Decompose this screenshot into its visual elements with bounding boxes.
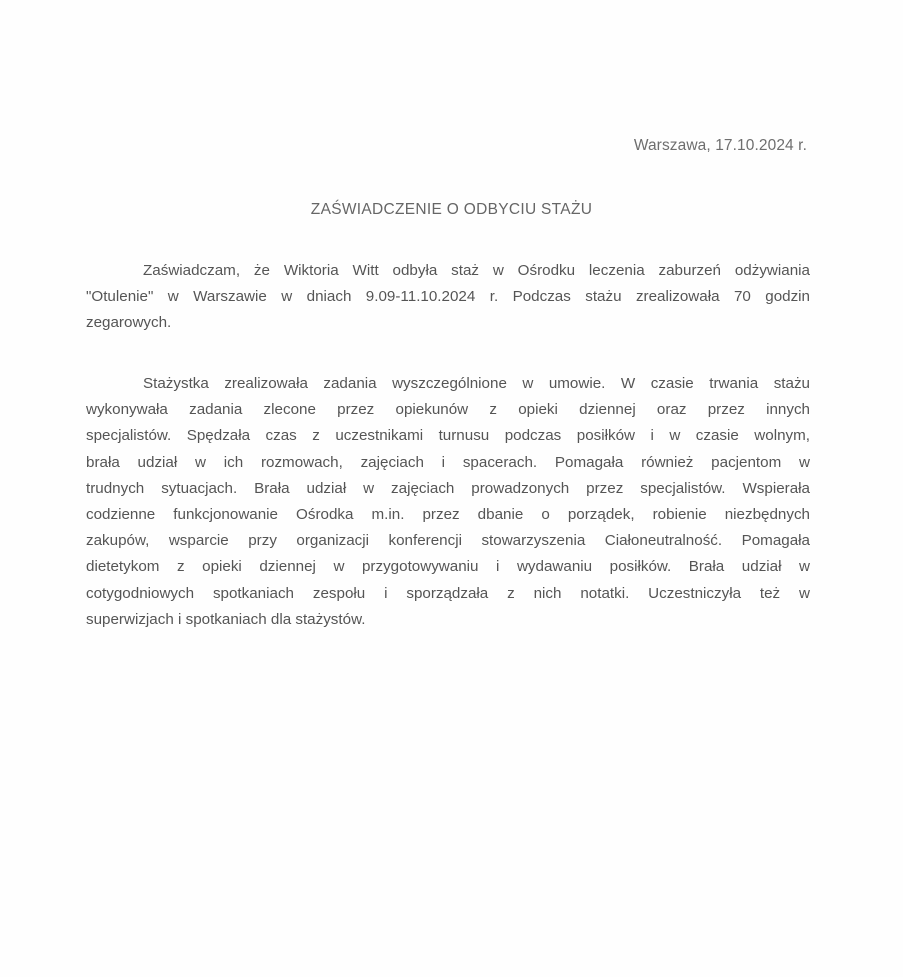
- paragraph-line: "Otulenie" w Warszawie w dniach 9.09-11.…: [86, 284, 810, 310]
- paragraph-line: specjalistów. Spędzała czas z uczestnika…: [86, 423, 810, 449]
- paragraph-line: superwizjach i spotkaniach dla stażystów…: [86, 607, 810, 633]
- paragraph-line: zakupów, wsparcie przy organizacji konfe…: [86, 528, 810, 554]
- paragraph-line: Zaświadczam, że Wiktoria Witt odbyła sta…: [86, 258, 810, 284]
- paragraph-confirmation: Zaświadczam, że Wiktoria Witt odbyła sta…: [86, 258, 810, 337]
- document-page: Warszawa, 17.10.2024 r. ZAŚWIADCZENIE O …: [0, 0, 903, 977]
- document-title: ZAŚWIADCZENIE O ODBYCIU STAŻU: [0, 201, 903, 219]
- paragraph-line: codzienne funkcjonowanie Ośrodka m.in. p…: [86, 502, 810, 528]
- date-line: Warszawa, 17.10.2024 r.: [634, 137, 807, 155]
- paragraph-line: brała udział w ich rozmowach, zajęciach …: [86, 450, 810, 476]
- paragraph-duties: Stażystka zrealizowała zadania wyszczegó…: [86, 371, 810, 633]
- paragraph-line: trudnych sytuacjach. Brała udział w zaję…: [86, 476, 810, 502]
- paragraph-line: zegarowych.: [86, 310, 810, 336]
- paragraph-line: wykonywała zadania zlecone przez opiekun…: [86, 397, 810, 423]
- paragraph-line: dietetykom z opieki dziennej w przygotow…: [86, 554, 810, 580]
- paragraph-line: Stażystka zrealizowała zadania wyszczegó…: [86, 371, 810, 397]
- paragraph-line: cotygodniowych spotkaniach zespołu i spo…: [86, 581, 810, 607]
